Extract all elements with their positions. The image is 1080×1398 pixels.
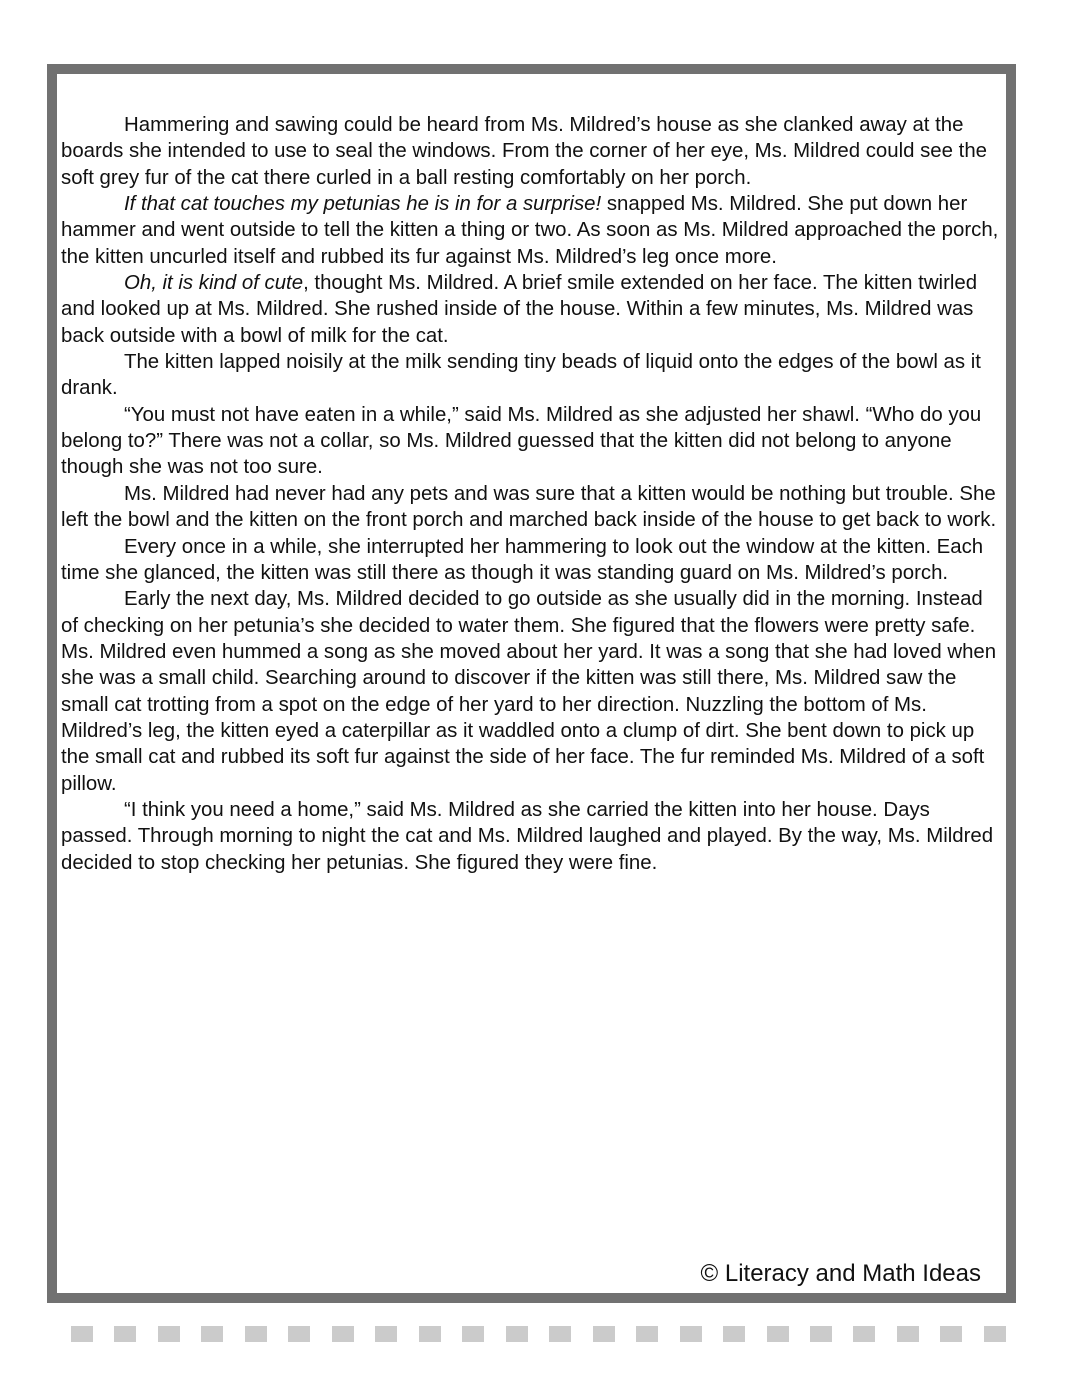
decorative-square xyxy=(114,1326,136,1342)
decorative-square xyxy=(853,1326,875,1342)
decorative-square xyxy=(245,1326,267,1342)
story-paragraph: “You must not have eaten in a while,” sa… xyxy=(61,402,1001,481)
decorative-square xyxy=(767,1326,789,1342)
decorative-square xyxy=(940,1326,962,1342)
decorative-square xyxy=(636,1326,658,1342)
decorative-dot-border xyxy=(71,1326,1006,1342)
decorative-square xyxy=(158,1326,180,1342)
story-paragraph: Every once in a while, she interrupted h… xyxy=(61,534,1001,587)
story-text: Hammering and sawing could be heard from… xyxy=(61,112,1001,876)
decorative-square xyxy=(680,1326,702,1342)
decorative-square xyxy=(810,1326,832,1342)
decorative-square xyxy=(897,1326,919,1342)
paragraph-text: Hammering and sawing could be heard from… xyxy=(61,114,987,189)
decorative-square xyxy=(984,1326,1006,1342)
decorative-square xyxy=(462,1326,484,1342)
story-paragraph: Oh, it is kind of cute, thought Ms. Mild… xyxy=(61,270,1001,349)
paragraph-text: “I think you need a home,” said Ms. Mild… xyxy=(61,799,993,874)
decorative-square xyxy=(506,1326,528,1342)
decorative-square xyxy=(723,1326,745,1342)
story-paragraph: If that cat touches my petunias he is in… xyxy=(61,191,1001,270)
decorative-square xyxy=(332,1326,354,1342)
decorative-square xyxy=(375,1326,397,1342)
story-paragraph: Ms. Mildred had never had any pets and w… xyxy=(61,481,1001,534)
copyright-notice: © Literacy and Math Ideas xyxy=(701,1260,982,1288)
italic-thought: Oh, it is kind of cute xyxy=(124,272,303,294)
italic-thought: If that cat touches my petunias he is in… xyxy=(124,193,601,215)
paragraph-text: “You must not have eaten in a while,” sa… xyxy=(61,404,981,479)
paragraph-text: The kitten lapped noisily at the milk se… xyxy=(61,351,981,399)
decorative-square xyxy=(419,1326,441,1342)
paragraph-text: Ms. Mildred had never had any pets and w… xyxy=(61,483,996,531)
decorative-square xyxy=(549,1326,571,1342)
page-frame: Hammering and sawing could be heard from… xyxy=(47,64,1016,1303)
decorative-square xyxy=(593,1326,615,1342)
decorative-square xyxy=(201,1326,223,1342)
story-paragraph: Hammering and sawing could be heard from… xyxy=(61,112,1001,191)
decorative-square xyxy=(288,1326,310,1342)
decorative-square xyxy=(71,1326,93,1342)
story-paragraph: Early the next day, Ms. Mildred decided … xyxy=(61,586,1001,797)
story-paragraph: “I think you need a home,” said Ms. Mild… xyxy=(61,797,1001,876)
paragraph-text: Every once in a while, she interrupted h… xyxy=(61,536,983,584)
story-paragraph: The kitten lapped noisily at the milk se… xyxy=(61,349,1001,402)
paragraph-text: Early the next day, Ms. Mildred decided … xyxy=(61,588,996,794)
